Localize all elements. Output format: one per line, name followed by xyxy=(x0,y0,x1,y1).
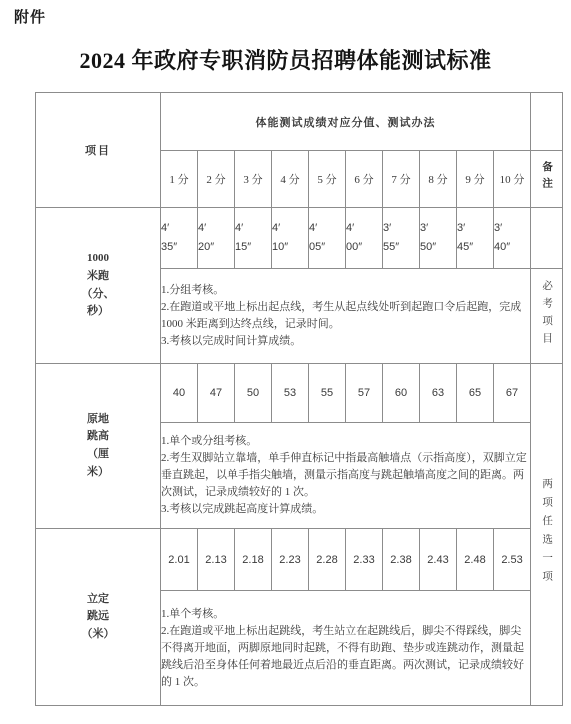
score-label-8: 8 分 xyxy=(420,151,457,208)
time-value-cell: 3′ 45″ xyxy=(457,208,494,269)
jump-height-value-cell: 63 xyxy=(420,364,457,423)
long-jump-value-cell: 2.48 xyxy=(457,529,494,591)
time-value-cell: 4′ 35″ xyxy=(161,208,198,269)
time-value-cell: 4′ 20″ xyxy=(198,208,235,269)
time-value-cell: 4′ 10″ xyxy=(272,208,309,269)
method-cell-1000m-run: 1.分组考核。 2.在跑道或平地上标出起点线，考生从起点线处听到起跑口令后起跑，… xyxy=(161,269,531,364)
score-section-header: 体能测试成绩对应分值、测试办法 xyxy=(161,93,531,151)
method-cell-standing-high-jump: 1.单个或分组考核。 2.考生双脚站立靠墙，单手伸直标记中指最高触墙点（示指高度… xyxy=(161,423,531,529)
time-value-cell: 4′ 05″ xyxy=(309,208,346,269)
remark-choose-one-text: 两项任选一项 xyxy=(539,478,554,589)
row-label-standing-long-jump: 立定 跳远 （米） xyxy=(36,529,161,706)
remark-required-text: 必考项目 xyxy=(539,280,554,350)
remark-header-text: 备注 xyxy=(539,161,554,194)
score-label-4: 4 分 xyxy=(272,151,309,208)
score-label-5: 5 分 xyxy=(309,151,346,208)
fitness-standards-table: 项目 体能测试成绩对应分值、测试办法 1 分 2 分 3 分 4 分 5 分 6… xyxy=(35,92,563,706)
long-jump-value-cell: 2.43 xyxy=(420,529,457,591)
jump-height-value-cell: 55 xyxy=(309,364,346,423)
remark-required-cell: 必考项目 xyxy=(531,269,563,364)
empty-cell-remark xyxy=(531,208,563,269)
time-value-cell: 3′ 40″ xyxy=(494,208,531,269)
item-column-header: 项目 xyxy=(36,93,161,208)
score-label-6: 6 分 xyxy=(346,151,383,208)
time-value-cell: 4′ 15″ xyxy=(235,208,272,269)
jump-height-value-cell: 53 xyxy=(272,364,309,423)
attachment-label: 附件 xyxy=(14,6,46,27)
jump-height-value-cell: 57 xyxy=(346,364,383,423)
score-label-3: 3 分 xyxy=(235,151,272,208)
score-label-10: 10 分 xyxy=(494,151,531,208)
remark-choose-one-cell: 两项任选一项 xyxy=(531,364,563,706)
score-label-7: 7 分 xyxy=(383,151,420,208)
method-cell-standing-long-jump: 1.单个考核。 2.在跑道或平地上标出起跳线，考生站立在起跳线后，脚尖不得踩线，… xyxy=(161,591,531,706)
jump-height-value-cell: 40 xyxy=(161,364,198,423)
score-label-9: 9 分 xyxy=(457,151,494,208)
long-jump-value-cell: 2.23 xyxy=(272,529,309,591)
long-jump-value-cell: 2.38 xyxy=(383,529,420,591)
jump-height-value-cell: 47 xyxy=(198,364,235,423)
time-value-cell: 3′ 55″ xyxy=(383,208,420,269)
long-jump-value-cell: 2.28 xyxy=(309,529,346,591)
score-label-1: 1 分 xyxy=(161,151,198,208)
jump-height-value-cell: 50 xyxy=(235,364,272,423)
jump-height-value-cell: 65 xyxy=(457,364,494,423)
long-jump-value-cell: 2.13 xyxy=(198,529,235,591)
row-label-1000m-run: 1000 米跑 （分、 秒） xyxy=(36,208,161,364)
long-jump-value-cell: 2.18 xyxy=(235,529,272,591)
long-jump-value-cell: 2.53 xyxy=(494,529,531,591)
empty-cell-top-right xyxy=(531,93,563,151)
time-value-cell: 4′ 00″ xyxy=(346,208,383,269)
long-jump-value-cell: 2.33 xyxy=(346,529,383,591)
page-title: 2024 年政府专职消防员招聘体能测试标准 xyxy=(0,44,571,75)
score-label-2: 2 分 xyxy=(198,151,235,208)
long-jump-value-cell: 2.01 xyxy=(161,529,198,591)
remark-column-header: 备注 xyxy=(531,151,563,208)
jump-height-value-cell: 67 xyxy=(494,364,531,423)
jump-height-value-cell: 60 xyxy=(383,364,420,423)
row-label-standing-high-jump: 原地 跳高 （厘 米） xyxy=(36,364,161,529)
time-value-cell: 3′ 50″ xyxy=(420,208,457,269)
